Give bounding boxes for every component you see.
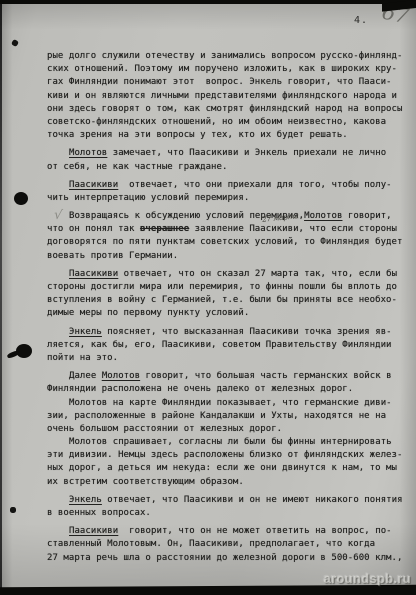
text-run: их встретим соответствующим образом. (47, 477, 244, 487)
underlined-name: Молотов (304, 211, 342, 221)
text-line: очень большом расстоянии от железных дор… (47, 423, 411, 436)
text-line: рые долго служили отечеству и занимались… (47, 50, 411, 63)
scan-edge-bottom (0, 585, 416, 595)
text-run: говорит, что он не может ответить на воп… (118, 526, 391, 536)
text-line: в военных вопросах. (47, 507, 411, 520)
text-run: что он понял так (47, 224, 140, 234)
underlined-name: Молотов (69, 148, 107, 158)
text-line: пойти на это. (47, 352, 411, 365)
underlined-name: Энкель (69, 327, 102, 337)
text-line: ляется, как бы, его, Паасикиви, советом … (47, 339, 411, 352)
text-line: ных дорог, а деться им некуда: если же о… (47, 462, 411, 475)
scan-speck-top (11, 39, 19, 47)
text-run: пойти на это. (47, 353, 118, 363)
text-line: Финляндии расположена не очень далеко от… (47, 383, 411, 396)
text-run: замечает, что Паасикиви и Энкель приехал… (107, 148, 386, 158)
paragraph: Возвращаясь к обсуждению условий перемир… (47, 210, 411, 263)
text-line: ских отношений. Поэтому им поручено изло… (47, 63, 411, 76)
text-run: рые долго служили отечеству и занимались… (47, 51, 402, 61)
text-line: гах Финляндии понимают этот вопрос. Энке… (47, 76, 411, 89)
text-run: Молотов спрашивает, согласны ли были бы … (69, 437, 392, 447)
text-run: в военных вопросах. (47, 508, 151, 518)
text-block: рые долго служили отечеству и занимались… (47, 50, 411, 565)
paragraph: Энкель отвечает, что Паасикиви и он не и… (47, 494, 411, 520)
text-line: от себя, не как частные граждане. (47, 161, 411, 174)
ink-smear (7, 350, 20, 359)
watermark: aroundspb.ru (324, 571, 411, 586)
text-line: Паасикиви говорит, что он не может ответ… (47, 525, 411, 538)
text-run: договорятся по пяти пунктам советских ус… (47, 237, 402, 247)
underlined-name: Паасикиви (69, 269, 118, 279)
text-run: димые меры по первому пункту условий. (47, 308, 249, 318)
text-line: Энкель отвечает, что Паасикиви и он не и… (47, 494, 411, 507)
underlined-name: Энкель (69, 495, 102, 505)
text-line: что он понял так вчерашнее заявление Паа… (47, 223, 411, 236)
text-run: отвечает, что они приехали для того, что… (118, 180, 391, 190)
scanned-page: 67 4. рые долго служили отечеству и зани… (0, 0, 416, 595)
text-run: ных дорог, а деться им некуда: если же о… (47, 463, 397, 473)
text-run: ставленный Молотовым. Он, Паасикиви, пре… (47, 539, 375, 549)
text-line: эти дивизии. Немцы здесь расположены бли… (47, 449, 411, 462)
text-run: советско-финляндских отношений, но им об… (47, 117, 386, 127)
text-line: Энкель поясняет, что высказанная Паасики… (47, 326, 411, 339)
text-run: 27 марта речь шла о расстоянии до железн… (47, 553, 402, 563)
text-line: советско-финляндских отношений, но им об… (47, 116, 411, 129)
text-line: вступления в войну с Германией, т.е. был… (47, 294, 411, 307)
scan-edge-top (0, 0, 416, 4)
text-line: ставленный Молотовым. Он, Паасикиви, пре… (47, 538, 411, 551)
text-line: киви и он являются личными представителя… (47, 90, 411, 103)
text-line: их встретим соответствующим образом. (47, 476, 411, 489)
text-run: отвечает, что Паасикиви и он не имеют ни… (102, 495, 403, 505)
text-run: поясняет, что высказанная Паасикиви точк… (102, 327, 392, 337)
struck-word: вчерашнее (140, 224, 189, 234)
text-run: от себя, не как частные граждане. (47, 162, 227, 172)
text-line: Молотов спрашивает, согласны ли были бы … (47, 436, 411, 449)
text-line: Молотов на карте Финляндии показывает, ч… (47, 397, 411, 410)
paragraph: Далее Молотов говорит, что большая часть… (47, 370, 411, 396)
paragraph: Энкель поясняет, что высказанная Паасики… (47, 326, 411, 366)
text-run: Финляндии расположена не очень далеко от… (47, 384, 353, 394)
text-run: гах Финляндии понимают этот вопрос. Энке… (47, 77, 392, 87)
text-run: чить интерпретацию условий перемирия. (47, 193, 249, 203)
text-run: Далее (69, 371, 102, 381)
paragraph: Паасикиви говорит, что он не может ответ… (47, 525, 411, 565)
scan-edge-left (0, 0, 2, 595)
text-line: воевать против Германии. (47, 250, 411, 263)
underlined-name: Молотов (102, 371, 140, 381)
text-line: зии, расположенные в районе Кандалакши и… (47, 410, 411, 423)
text-run: говорит, (342, 211, 391, 221)
text-run: заявление Паасикиви, что если стороны (189, 224, 397, 234)
text-line: Молотов замечает, что Паасикиви и Энкель… (47, 147, 411, 160)
paragraph: Молотов на карте Финляндии показывает, ч… (47, 397, 411, 437)
text-run: очень большом расстоянии от железных дор… (47, 424, 282, 434)
text-line: Возвращаясь к обсуждению условий перемир… (47, 210, 411, 223)
text-run: говорит, что большая часть германских во… (140, 371, 392, 381)
paragraph: Молотов замечает, что Паасикиви и Энкель… (47, 147, 411, 173)
text-run: зии, расположенные в районе Кандалакши и… (47, 411, 386, 421)
text-line: Паасикиви отвечает, что он сказал 27 мар… (47, 268, 411, 281)
underlined-name: Паасикиви (69, 180, 118, 190)
page-number: 4. (354, 15, 368, 26)
paragraph: Молотов спрашивает, согласны ли были бы … (47, 436, 411, 489)
text-line: Паасикиви отвечает, что они приехали для… (47, 179, 411, 192)
text-run: воевать против Германии. (47, 251, 178, 261)
text-line: стороны достигли мира или перемирия, то … (47, 281, 411, 294)
text-line: Далее Молотов говорит, что большая часть… (47, 370, 411, 383)
text-line: чить интерпретацию условий перемирия. (47, 192, 411, 205)
text-line: 27 марта речь шла о расстоянии до железн… (47, 552, 411, 565)
text-line: точка зрения на эти вопросы у тех, кто и… (47, 129, 411, 142)
text-run: ляется, как бы, его, Паасикиви, советом … (47, 340, 392, 350)
text-line: они здесь говорят о том, как смотрят фин… (47, 103, 411, 116)
text-run: эти дивизии. Немцы здесь расположены бли… (47, 450, 402, 460)
scan-speck-bottom (10, 507, 16, 513)
text-line: договорятся по пяти пунктам советских ус… (47, 236, 411, 249)
paragraph: Паасикиви отвечает, что они приехали для… (47, 179, 411, 205)
text-run: ских отношений. Поэтому им поручено изло… (47, 64, 397, 74)
text-run: Молотов на карте Финляндии показывает, ч… (69, 398, 392, 408)
text-run: отвечает, что он сказал 27 марта так, чт… (118, 269, 397, 279)
text-run: точка зрения на эти вопросы у тех, кто и… (47, 130, 348, 140)
underlined-name: Паасикиви (69, 526, 118, 536)
hole-punch-top (14, 192, 28, 205)
text-line: димые меры по первому пункту условий. (47, 307, 411, 320)
paragraph: Паасикиви отвечает, что он сказал 27 мар… (47, 268, 411, 321)
text-run: они здесь говорят о том, как смотрят фин… (47, 104, 402, 114)
text-run: вступления в войну с Германией, т.е. был… (47, 295, 397, 305)
text-run: стороны достигли мира или перемирия, то … (47, 282, 397, 292)
text-run: киви и он являются личными представителя… (47, 91, 397, 101)
paragraph: рые долго служили отечеству и занимались… (47, 50, 411, 142)
